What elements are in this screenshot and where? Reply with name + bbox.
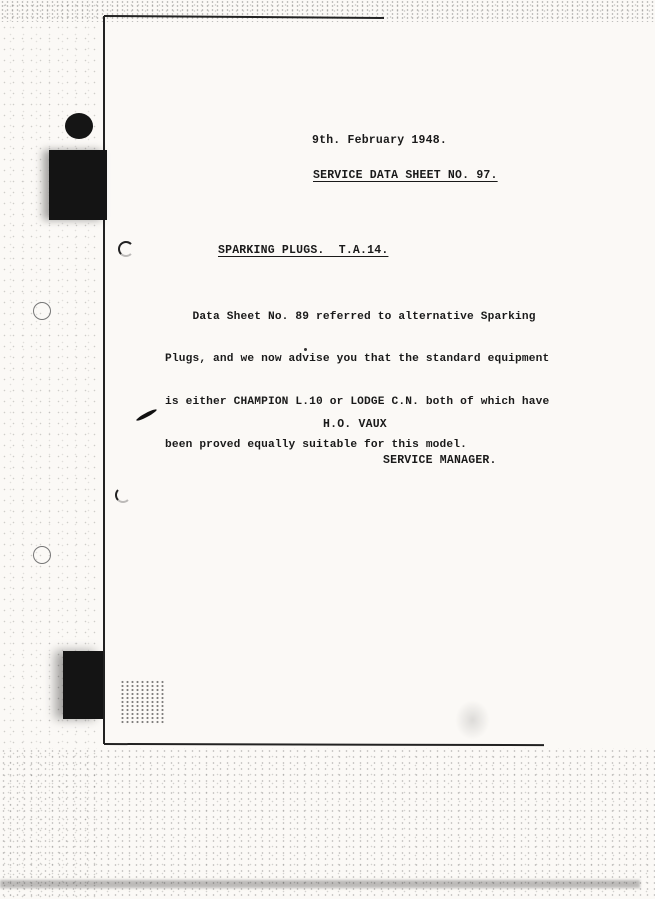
binder-tab-top <box>49 150 107 220</box>
sheet-left-edge <box>103 16 105 744</box>
body-line: Data Sheet No. 89 referred to alternativ… <box>165 310 549 324</box>
ink-smudge <box>455 700 490 740</box>
signatory-position: SERVICE MANAGER. <box>383 454 497 467</box>
document-date: 9th. February 1948. <box>312 134 447 147</box>
partial-ring-icon <box>118 241 134 257</box>
body-line: been proved equally suitable for this mo… <box>165 438 549 452</box>
body-line: Plugs, and we now advise you that the st… <box>165 352 549 366</box>
punch-ring-icon <box>33 302 51 320</box>
pen-stroke-mark <box>135 408 157 422</box>
sheet-title: SERVICE DATA SHEET NO. 97. <box>313 169 498 182</box>
partial-ring-icon <box>115 487 131 503</box>
binder-tab-bottom <box>63 651 103 719</box>
body-paragraph: Data Sheet No. 89 referred to alternativ… <box>165 281 549 467</box>
body-line: is either CHAMPION L.10 or LODGE C.N. bo… <box>165 395 549 409</box>
signatory-name: H.O. VAUX <box>323 418 387 431</box>
punch-hole-icon <box>65 113 93 139</box>
subject-heading: SPARKING PLUGS. T.A.14. <box>218 244 388 257</box>
punch-ring-icon <box>33 546 51 564</box>
ink-smudge <box>120 680 165 725</box>
scan-noise-bottom <box>0 748 655 899</box>
sheet-bottom-edge <box>104 743 544 746</box>
scan-edge-band <box>0 880 640 888</box>
